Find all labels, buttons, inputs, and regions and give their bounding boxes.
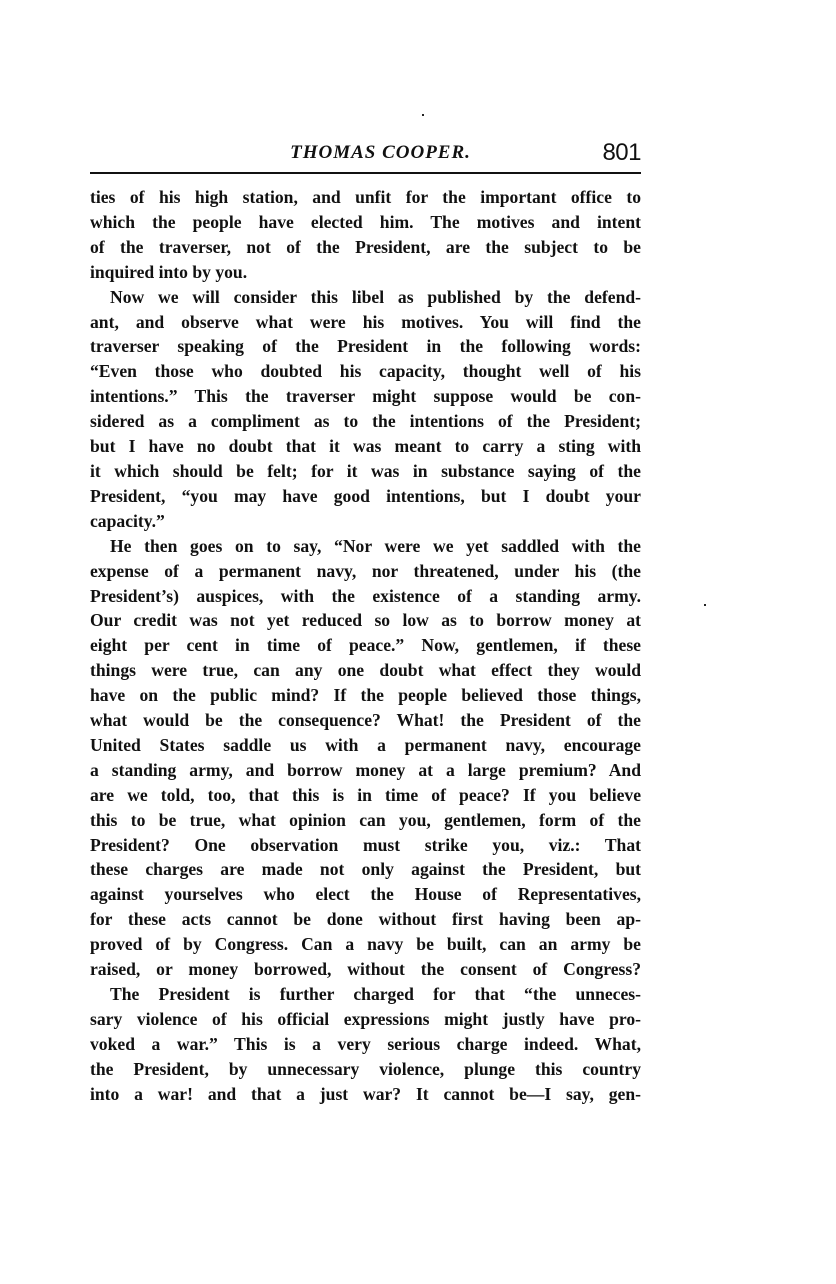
text-line: these charges are made not only against … — [90, 857, 641, 882]
text-line: which the people have elected him. The m… — [90, 210, 641, 235]
text-line: have on the public mind? If the people b… — [90, 683, 641, 708]
text-line: President, “you may have good intentions… — [90, 484, 641, 509]
text-line: intentions.” This the traverser might su… — [90, 384, 641, 409]
text-line: traverser speaking of the President in t… — [90, 334, 641, 359]
paragraph-3: He then goes on to say, “Nor were we yet… — [90, 534, 641, 982]
text-line: but I have no doubt that it was meant to… — [90, 434, 641, 459]
text-line: sidered as a compliment as to the intent… — [90, 409, 641, 434]
paragraph-2: Now we will consider this libel as publi… — [90, 285, 641, 534]
text-line: “Even those who doubted his capacity, th… — [90, 359, 641, 384]
running-title: THOMAS COOPER. — [90, 142, 641, 164]
page-number: 801 — [602, 139, 641, 167]
text-line: sary violence of his official expression… — [90, 1007, 641, 1032]
text-line: things were true, can any one doubt what… — [90, 658, 641, 683]
text-line: President? One observation must strike y… — [90, 833, 641, 858]
text-line: it which should be felt; for it was in s… — [90, 459, 641, 484]
text-line: Our credit was not yet reduced so low as… — [90, 608, 641, 633]
paragraph-4: The President is further charged for tha… — [90, 982, 641, 1107]
text-line: ties of his high station, and unfit for … — [90, 185, 641, 210]
book-page: THOMAS COOPER. 801 ties of his high stat… — [90, 140, 641, 1107]
text-line: expense of a permanent navy, nor threate… — [90, 559, 641, 584]
text-line: He then goes on to say, “Nor were we yet… — [90, 534, 641, 559]
text-line: for these acts cannot be done without fi… — [90, 907, 641, 932]
body-text: ties of his high station, and unfit for … — [90, 185, 641, 1107]
text-line: into a war! and that a just war? It cann… — [90, 1082, 641, 1107]
text-line: raised, or money borrowed, without the c… — [90, 957, 641, 982]
text-line: United States saddle us with a permanent… — [90, 733, 641, 758]
text-line: inquired into by you. — [90, 260, 641, 285]
text-line: proved of by Congress. Can a navy be bui… — [90, 932, 641, 957]
running-head: THOMAS COOPER. 801 — [90, 140, 641, 170]
text-line: Now we will consider this libel as publi… — [90, 285, 641, 310]
text-line: President’s) auspices, with the existenc… — [90, 584, 641, 609]
scan-speck-right — [704, 604, 706, 606]
text-line: are we told, too, that this is in time o… — [90, 783, 641, 808]
text-line: eight per cent in time of peace.” Now, g… — [90, 633, 641, 658]
text-line: of the traverser, not of the President, … — [90, 235, 641, 260]
text-line: ant, and observe what were his motives. … — [90, 310, 641, 335]
text-line: capacity.” — [90, 509, 641, 534]
text-line: against yourselves who elect the House o… — [90, 882, 641, 907]
scan-speck-top — [422, 114, 424, 116]
text-line: The President is further charged for tha… — [90, 982, 641, 1007]
paragraph-1: ties of his high station, and unfit for … — [90, 185, 641, 285]
text-line: what would be the consequence? What! the… — [90, 708, 641, 733]
text-line: the President, by unnecessary violence, … — [90, 1057, 641, 1082]
text-line: voked a war.” This is a very serious cha… — [90, 1032, 641, 1057]
text-line: a standing army, and borrow money at a l… — [90, 758, 641, 783]
text-line: this to be true, what opinion can you, g… — [90, 808, 641, 833]
header-rule — [90, 172, 641, 174]
